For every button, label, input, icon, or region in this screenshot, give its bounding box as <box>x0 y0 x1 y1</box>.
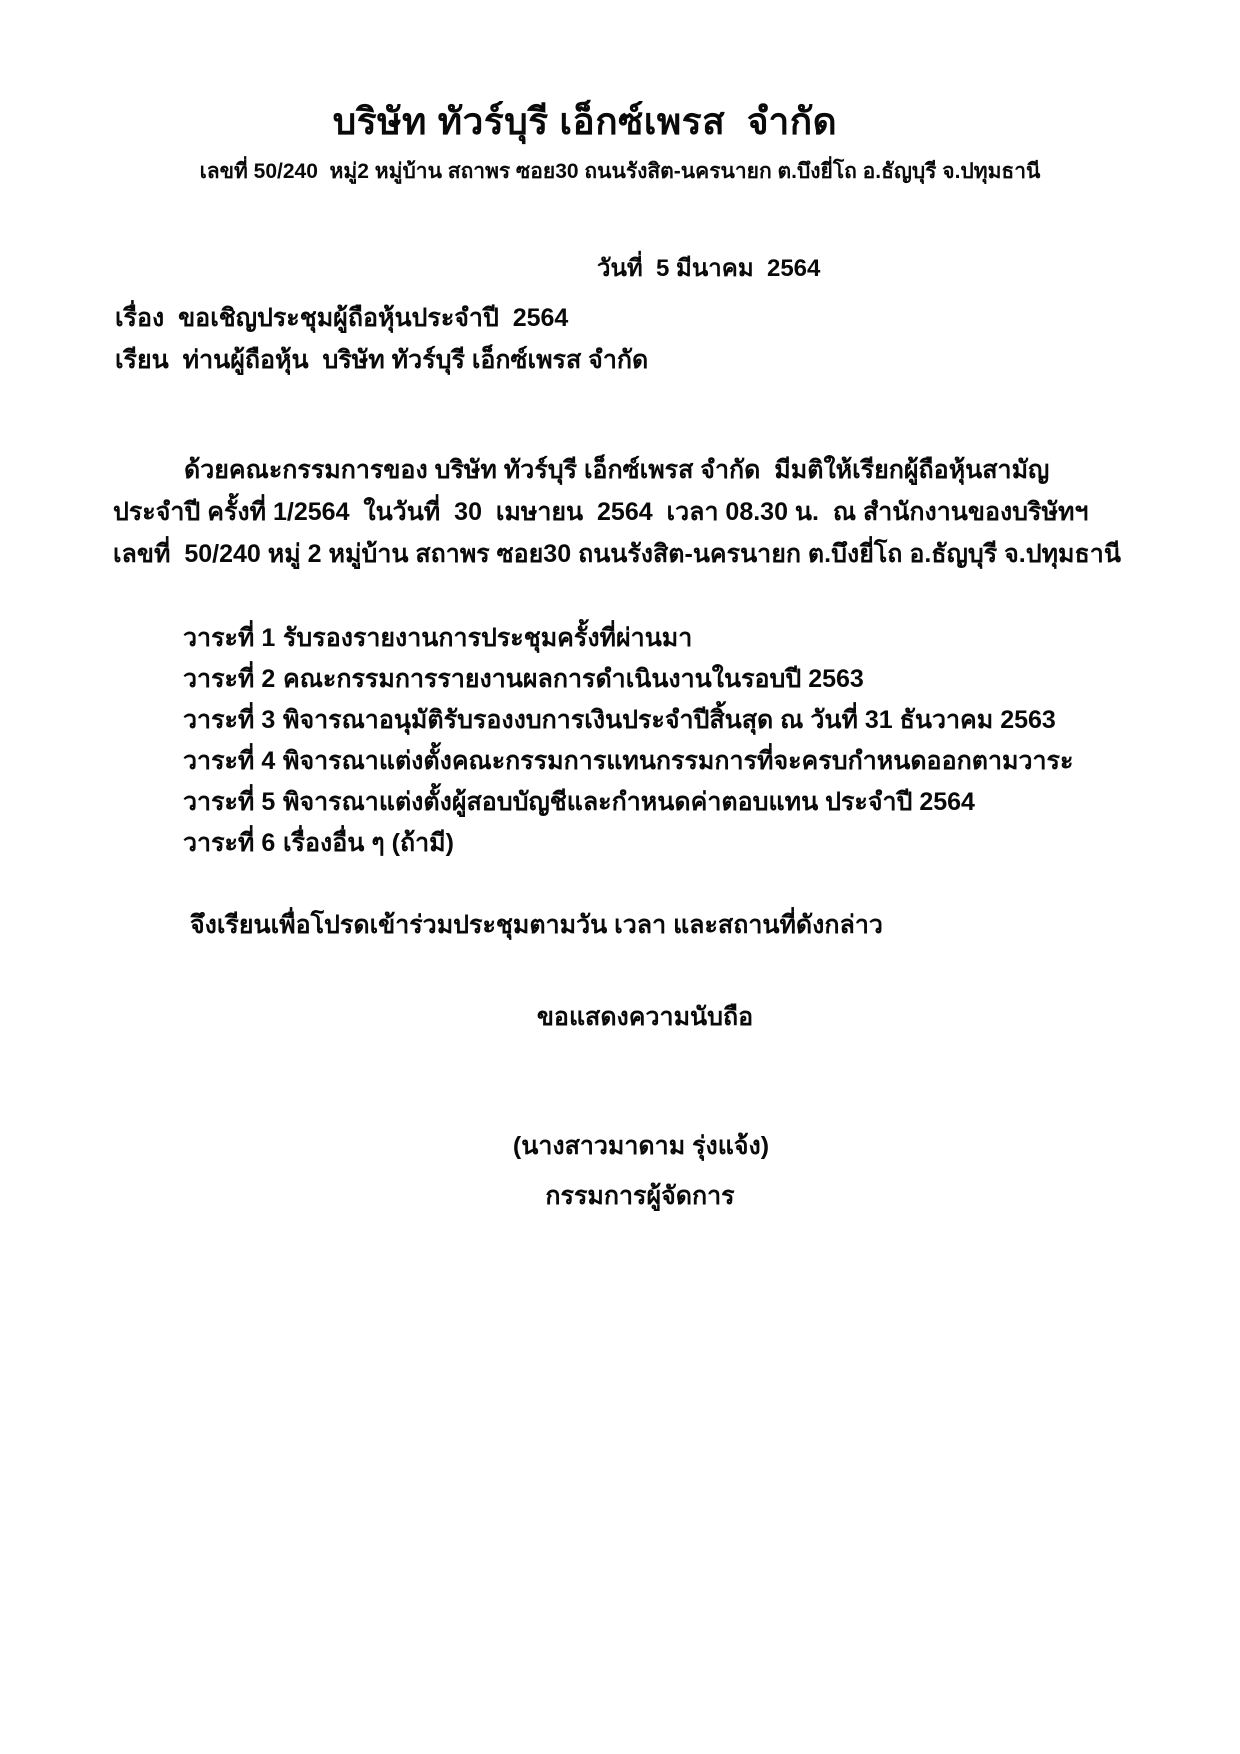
agenda-item-label: วาระที่ 6 <box>183 823 275 863</box>
agenda-item: วาระที่ 4 พิจารณาแต่งตั้งคณะกรรมการแทนกร… <box>0 741 1240 775</box>
agenda-item-text: คณะกรรมการรายงานผลการดำเนินงานในรอบปี 25… <box>283 659 864 699</box>
body-paragraph-line: เลขที่ 50/240 หมู่ 2 หมู่บ้าน สถาพร ซอย3… <box>113 534 1121 574</box>
agenda-item: วาระที่ 1 รับรองรายงานการประชุมครั้งที่ผ… <box>0 618 1240 652</box>
company-name-heading: บริษัท ทัวร์บุรี เอ็กซ์เพรส จำกัด <box>0 92 1170 151</box>
subject-line: เรื่อง ขอเชิญประชุมผู้ถือหุ้นประจำปี 256… <box>115 298 568 338</box>
salutation-line: เรียน ท่านผู้ถือหุ้น บริษัท ทัวร์บุรี เอ… <box>115 340 648 380</box>
letter-page: บริษัท ทัวร์บุรี เอ็กซ์เพรส จำกัด เลขที่… <box>0 0 1240 1754</box>
letter-date: วันที่ 5 มีนาคม 2564 <box>597 248 820 287</box>
agenda-item-label: วาระที่ 1 <box>183 618 275 658</box>
regards-line: ขอแสดงความนับถือ <box>405 997 885 1037</box>
agenda-item-label: วาระที่ 3 <box>183 700 275 740</box>
body-paragraph-line: ด้วยคณะกรรมการของ บริษัท ทัวร์บุรี เอ็กซ… <box>184 450 1049 490</box>
agenda-item-text: พิจารณาอนุมัติรับรองงบการเงินประจำปีสิ้น… <box>283 700 1056 740</box>
closing-line: จึงเรียนเพื่อโปรดเข้าร่วมประชุมตามวัน เว… <box>190 905 883 945</box>
body-paragraph-line: ประจำปี ครั้งที่ 1/2564 ในวันที่ 30 เมษา… <box>113 492 1088 532</box>
agenda-item-text: พิจารณาแต่งตั้งคณะกรรมการแทนกรรมการที่จะ… <box>283 741 1073 781</box>
agenda-item-label: วาระที่ 4 <box>183 741 275 781</box>
agenda-item-text: พิจารณาแต่งตั้งผู้สอบบัญชีและกำหนดค่าตอบ… <box>283 782 975 822</box>
agenda-item-text: รับรองรายงานการประชุมครั้งที่ผ่านมา <box>283 618 692 658</box>
agenda-item-label: วาระที่ 5 <box>183 782 275 822</box>
agenda-item: วาระที่ 2 คณะกรรมการรายงานผลการดำเนินงาน… <box>0 659 1240 693</box>
agenda-item-text: เรื่องอื่น ๆ (ถ้ามี) <box>283 823 454 863</box>
signatory-name: (นางสาวมาดาม รุ่งแจ้ง) <box>400 1126 882 1166</box>
agenda-item: วาระที่ 3 พิจารณาอนุมัติรับรองงบการเงินป… <box>0 700 1240 734</box>
agenda-item: วาระที่ 5 พิจารณาแต่งตั้งผู้สอบบัญชีและก… <box>0 782 1240 816</box>
company-address: เลขที่ 50/240 หมู่2 หมู่บ้าน สถาพร ซอย30… <box>0 155 1240 188</box>
signatory-title: กรรมการผู้จัดการ <box>400 1176 880 1216</box>
agenda-item: วาระที่ 6 เรื่องอื่น ๆ (ถ้ามี) <box>0 823 1240 857</box>
agenda-item-label: วาระที่ 2 <box>183 659 275 699</box>
